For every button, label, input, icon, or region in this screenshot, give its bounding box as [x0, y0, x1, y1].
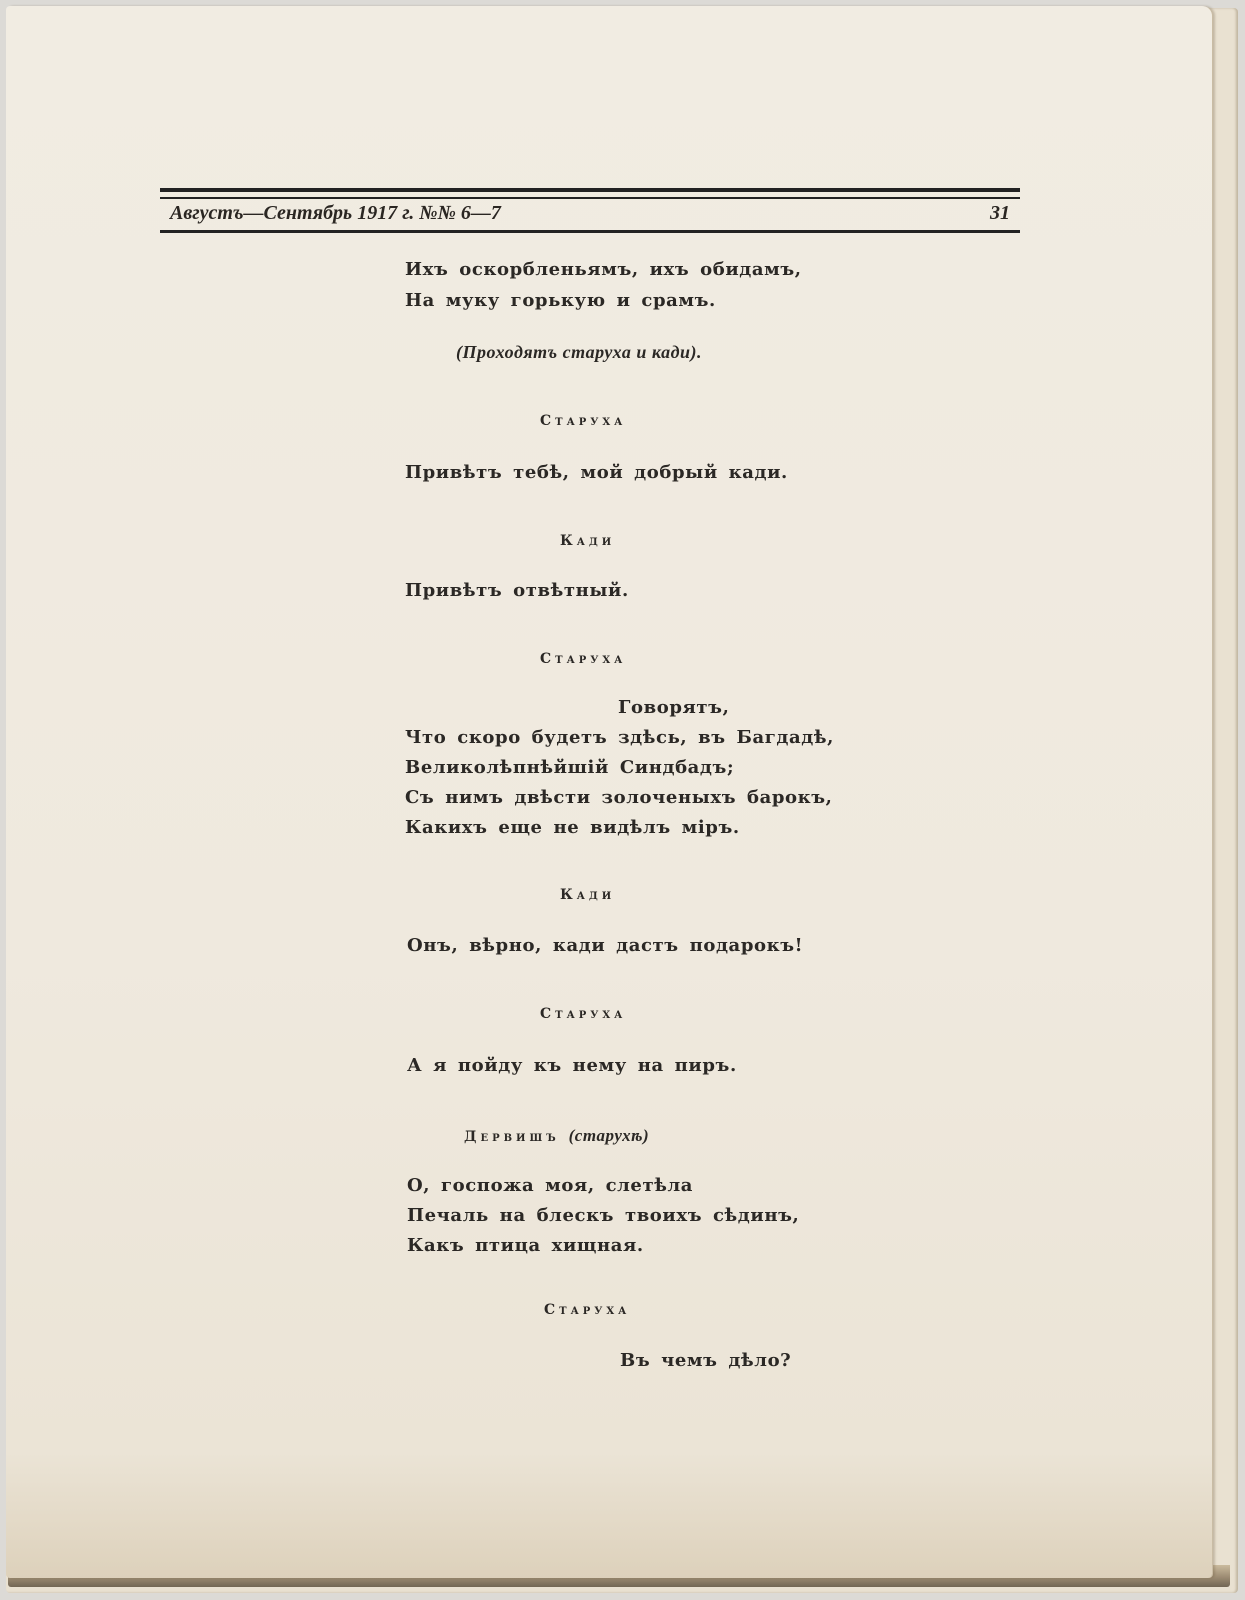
verse-line: Ихъ оскорбленьямъ, ихъ обидамъ,: [405, 259, 802, 280]
verse-line: А я пойду къ нему на пиръ.: [407, 1055, 737, 1076]
speaker-name: Старуха: [540, 1006, 626, 1022]
verse-line: Съ нимъ двѣсти золоченыхъ барокъ,: [405, 787, 833, 808]
verse-line: Великолѣпнѣйшій Синдбадъ;: [405, 757, 734, 778]
speaker-name: Старуха: [544, 1302, 630, 1318]
verse-line: Какъ птица хищная.: [407, 1235, 644, 1256]
speaker-name: Старуха: [540, 651, 626, 667]
verse-line: Привѣтъ тебѣ, мой добрый кади.: [405, 462, 788, 483]
verse-line: Печаль на блескъ твоихъ сѣдинъ,: [407, 1205, 799, 1226]
speaker-name: Дервишъ (старухѣ): [464, 1126, 649, 1146]
verse-line: На муку горькую и срамъ.: [405, 290, 716, 311]
header-rule-bottom: [160, 230, 1020, 233]
verse-line: Говорятъ,: [618, 697, 729, 718]
header-rule-top-thin: [160, 197, 1020, 199]
page-number: 31: [990, 202, 1010, 225]
verse-line: О, госпожа моя, слетѣла: [407, 1175, 693, 1196]
verse-line: Въ чемъ дѣло?: [620, 1350, 791, 1371]
speaker-name: Кади: [560, 887, 615, 903]
running-title: Августъ—Сентябрь 1917 г. №№ 6—7: [170, 202, 501, 225]
speaker-direction: (старухѣ): [569, 1126, 650, 1145]
verse-line: Привѣтъ отвѣтный.: [405, 580, 629, 601]
verse-line: Что скоро будетъ здѣсь, въ Багдадѣ,: [405, 727, 834, 748]
header-rule-top: [160, 188, 1020, 192]
running-head: Августъ—Сентябрь 1917 г. №№ 6—7 31: [170, 202, 1010, 228]
speaker-name: Кади: [560, 533, 615, 549]
verse-line: Онъ, вѣрно, кади дастъ подарокъ!: [407, 935, 803, 956]
stage-direction: (Проходятъ старуха и кади).: [456, 342, 702, 363]
speaker-name-text: Дервишъ: [464, 1129, 560, 1145]
speaker-name: Старуха: [540, 413, 626, 429]
verse-line: Какихъ еще не видѣлъ міръ.: [405, 817, 740, 838]
